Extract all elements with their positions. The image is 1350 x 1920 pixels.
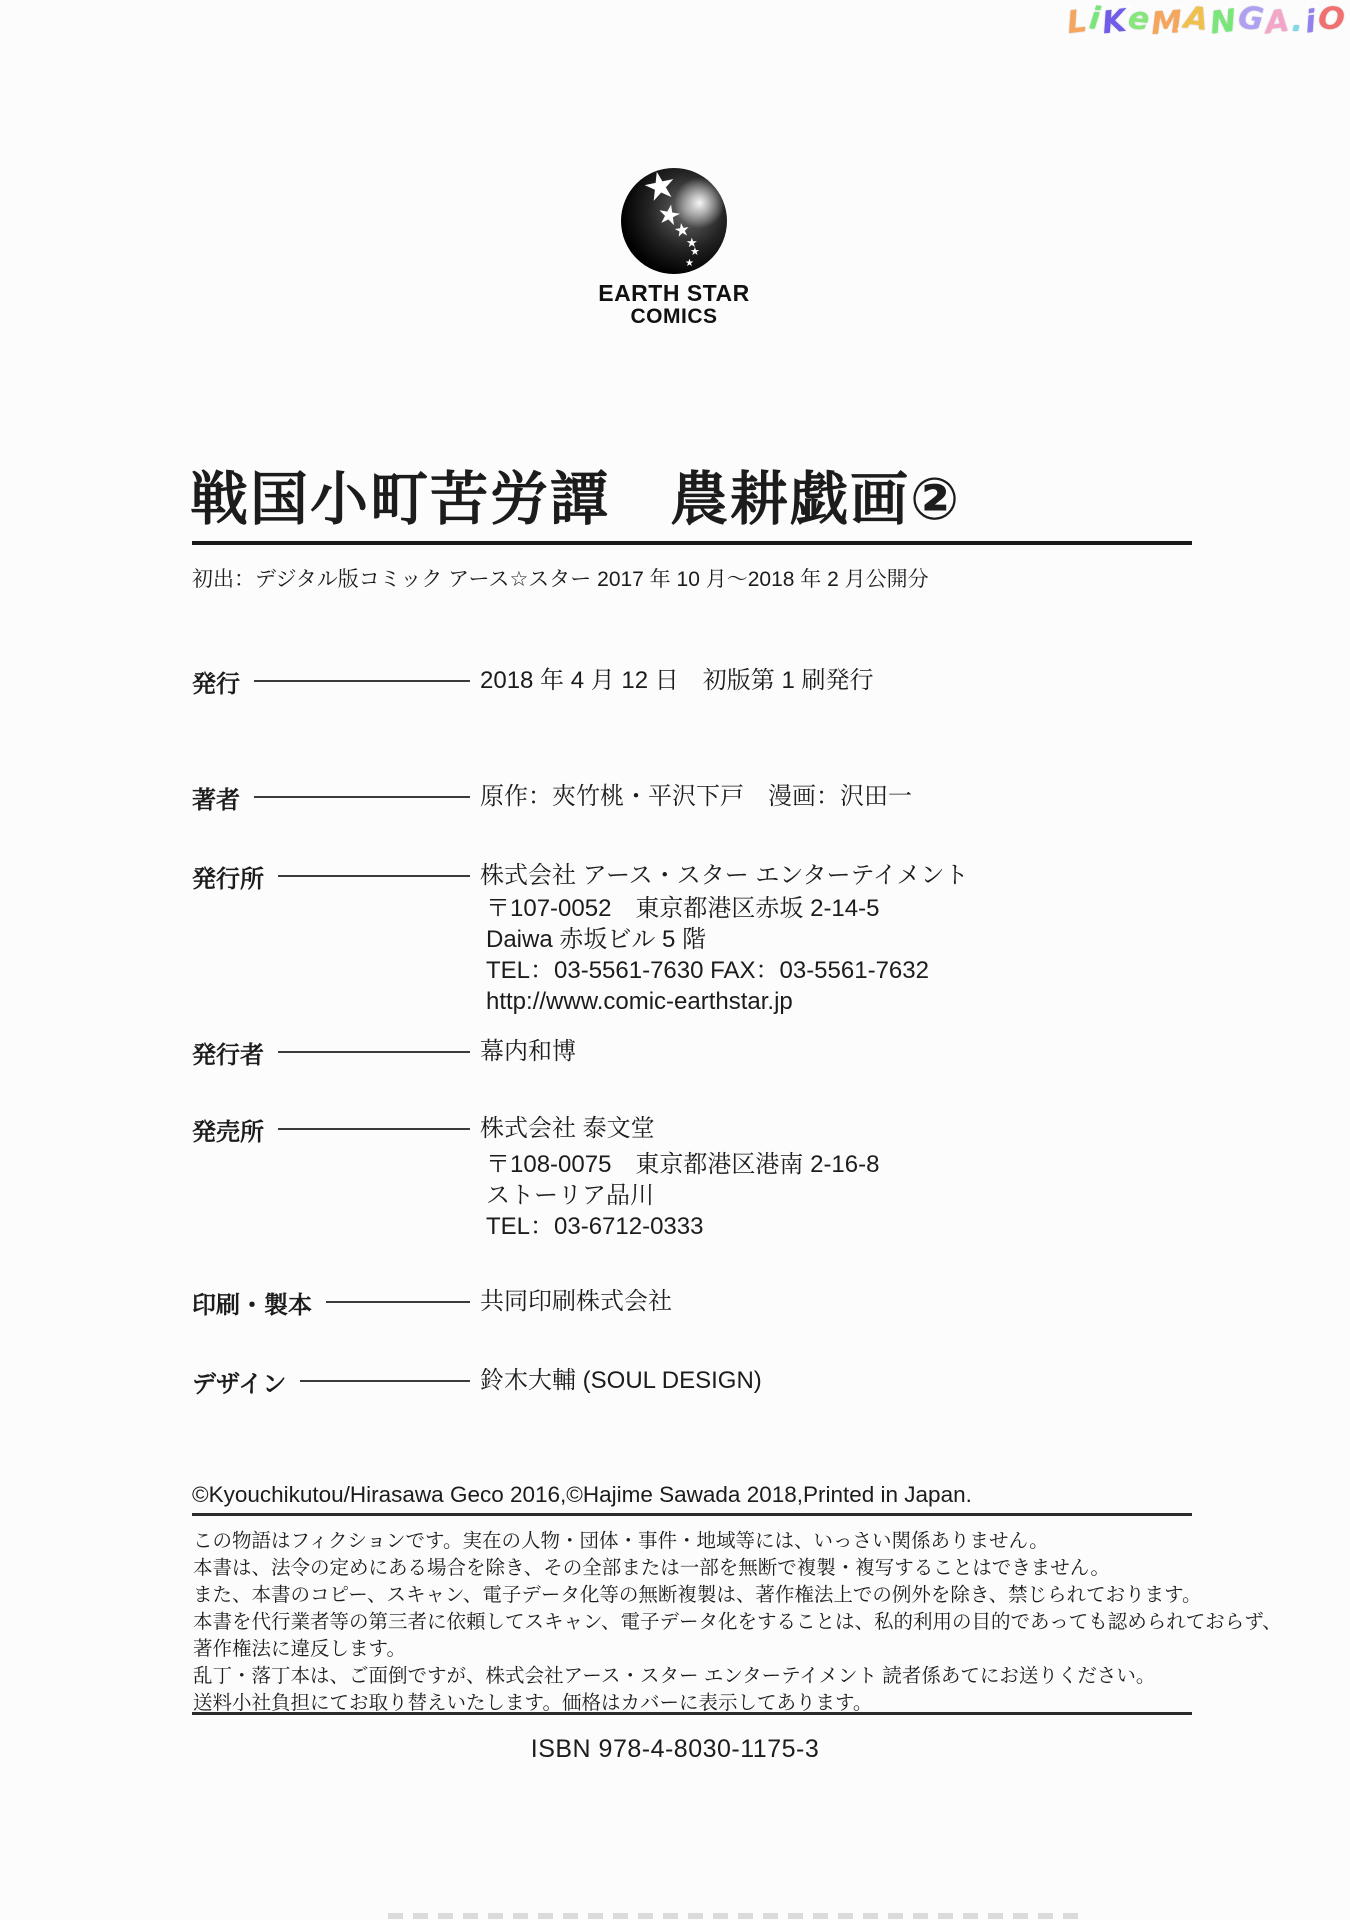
row-label: 発行者 bbox=[192, 1035, 264, 1070]
colophon-row-chosha: 著者 原作：夾竹桃・平沢下戸 漫画：沢田一 bbox=[192, 781, 912, 813]
copyright-line: ©Kyouchikutou/Hirasawa Geco 2016,©Hajime… bbox=[192, 1482, 972, 1508]
legal-line: 著作権法に違反します。 bbox=[193, 1636, 1282, 1663]
copyright-rule bbox=[192, 1513, 1192, 1516]
row-value: 鈴木大輔 (SOUL DESIGN) bbox=[480, 1365, 762, 1397]
colophon-row-hakkou: 発行 2018 年 4 月 12 日 初版第 1 刷発行 bbox=[192, 665, 873, 697]
site-watermark: LiKeMANGA.iO bbox=[1067, 3, 1346, 39]
colophon-row-hakkoujo: 発行所 株式会社 アース・スター エンターテイメント 〒107-0052 東京都… bbox=[192, 860, 969, 1017]
logo-wordmark: EARTH STAR COMICS bbox=[594, 280, 754, 329]
leader-line bbox=[278, 1128, 470, 1130]
book-title: 戦国小町苦労譚 農耕戯画② bbox=[190, 452, 961, 536]
row-label: 印刷・製本 bbox=[192, 1285, 312, 1320]
row-value: 原作：夾竹桃・平沢下戸 漫画：沢田一 bbox=[480, 781, 912, 813]
row-label: デザイン bbox=[192, 1364, 286, 1399]
title-rule bbox=[192, 541, 1192, 545]
isbn: ISBN 978-4-8030-1175-3 bbox=[0, 1735, 1350, 1764]
leader-line bbox=[326, 1301, 470, 1303]
star-icon: ★ bbox=[690, 247, 700, 258]
row-value: 幕内和博 bbox=[480, 1036, 576, 1068]
leader-line bbox=[300, 1380, 470, 1382]
legal-line: 本書を代行業者等の第三者に依頼してスキャン、電子データ化をすることは、私的利用の… bbox=[193, 1609, 1282, 1636]
row-label: 発行 bbox=[192, 664, 240, 699]
legal-line: この物語はフィクションです。実在の人物・団体・事件・地域等には、いっさい関係あり… bbox=[193, 1528, 1282, 1555]
colophon-row-hatsubaijo: 発売所 株式会社 泰文堂 〒108-0075 東京都港区港南 2-16-8 スト… bbox=[192, 1113, 879, 1242]
legal-line: また、本書のコピー、スキャン、電子データ化等の無断複製は、著作権法上での例外を除… bbox=[193, 1582, 1282, 1609]
leader-line bbox=[278, 1051, 470, 1053]
leader-line bbox=[278, 875, 470, 877]
row-label: 著者 bbox=[192, 780, 240, 815]
colophon-row-design: デザイン 鈴木大輔 (SOUL DESIGN) bbox=[192, 1365, 762, 1397]
row-label: 発売所 bbox=[192, 1112, 264, 1147]
colophon-page: LiKeMANGA.iO ★ ★ ★ ★ ★ ★ EARTH STAR COMI… bbox=[0, 0, 1350, 1920]
watermark-letter: M bbox=[1150, 4, 1185, 42]
leader-line bbox=[254, 796, 470, 798]
row-value: 株式会社 アース・スター エンターテイメント bbox=[480, 860, 969, 892]
first-publication-note: 初出：デジタル版コミック アース☆スター 2017 年 10 月～2018 年 … bbox=[192, 563, 929, 593]
row-value: 株式会社 泰文堂 bbox=[480, 1113, 655, 1145]
isbn-rule bbox=[192, 1712, 1192, 1715]
watermark-letter: A bbox=[1263, 3, 1293, 42]
star-icon: ★ bbox=[685, 259, 694, 269]
logo-wordmark-line2: COMICS bbox=[594, 305, 754, 329]
earth-star-logo: ★ ★ ★ ★ ★ ★ EARTH STAR COMICS bbox=[594, 168, 754, 328]
colophon-row-hakkousha: 発行者 幕内和博 bbox=[192, 1036, 576, 1068]
row-subline: Daiwa 赤坂ビル 5 階 bbox=[486, 924, 969, 955]
watermark-letter: N bbox=[1208, 2, 1240, 41]
logo-wordmark-line1: EARTH STAR bbox=[594, 280, 754, 307]
row-subline: 〒107-0052 東京都港区赤坂 2-14-5 bbox=[486, 893, 969, 924]
row-subline: TEL：03-6712-0333 bbox=[486, 1211, 879, 1242]
row-value: 共同印刷株式会社 bbox=[480, 1286, 672, 1318]
row-subline: ストーリア品川 bbox=[486, 1180, 879, 1211]
colophon-row-insatsu: 印刷・製本 共同印刷株式会社 bbox=[192, 1286, 672, 1318]
legal-line: 乱丁・落丁本は、ご面倒ですが、株式会社アース・スター エンターテイメント 読者係… bbox=[193, 1663, 1282, 1690]
watermark-letter: O bbox=[1316, 0, 1348, 38]
legal-text: この物語はフィクションです。実在の人物・団体・事件・地域等には、いっさい関係あり… bbox=[193, 1528, 1282, 1717]
row-subline publisher-url: http://www.comic-earthstar.jp bbox=[486, 986, 969, 1017]
row-subline: 〒108-0075 東京都港区港南 2-16-8 bbox=[486, 1149, 879, 1180]
cutoff-text-strip bbox=[388, 1913, 1083, 1919]
legal-line: 本書は、法令の定めにある場合を除き、その全部または一部を無断で複製・複写すること… bbox=[193, 1555, 1282, 1582]
row-value: 2018 年 4 月 12 日 初版第 1 刷発行 bbox=[480, 665, 873, 697]
row-label: 発行所 bbox=[192, 859, 264, 894]
row-subline: TEL：03-5561-7630 FAX：03-5561-7632 bbox=[486, 955, 969, 986]
leader-line bbox=[254, 680, 470, 682]
